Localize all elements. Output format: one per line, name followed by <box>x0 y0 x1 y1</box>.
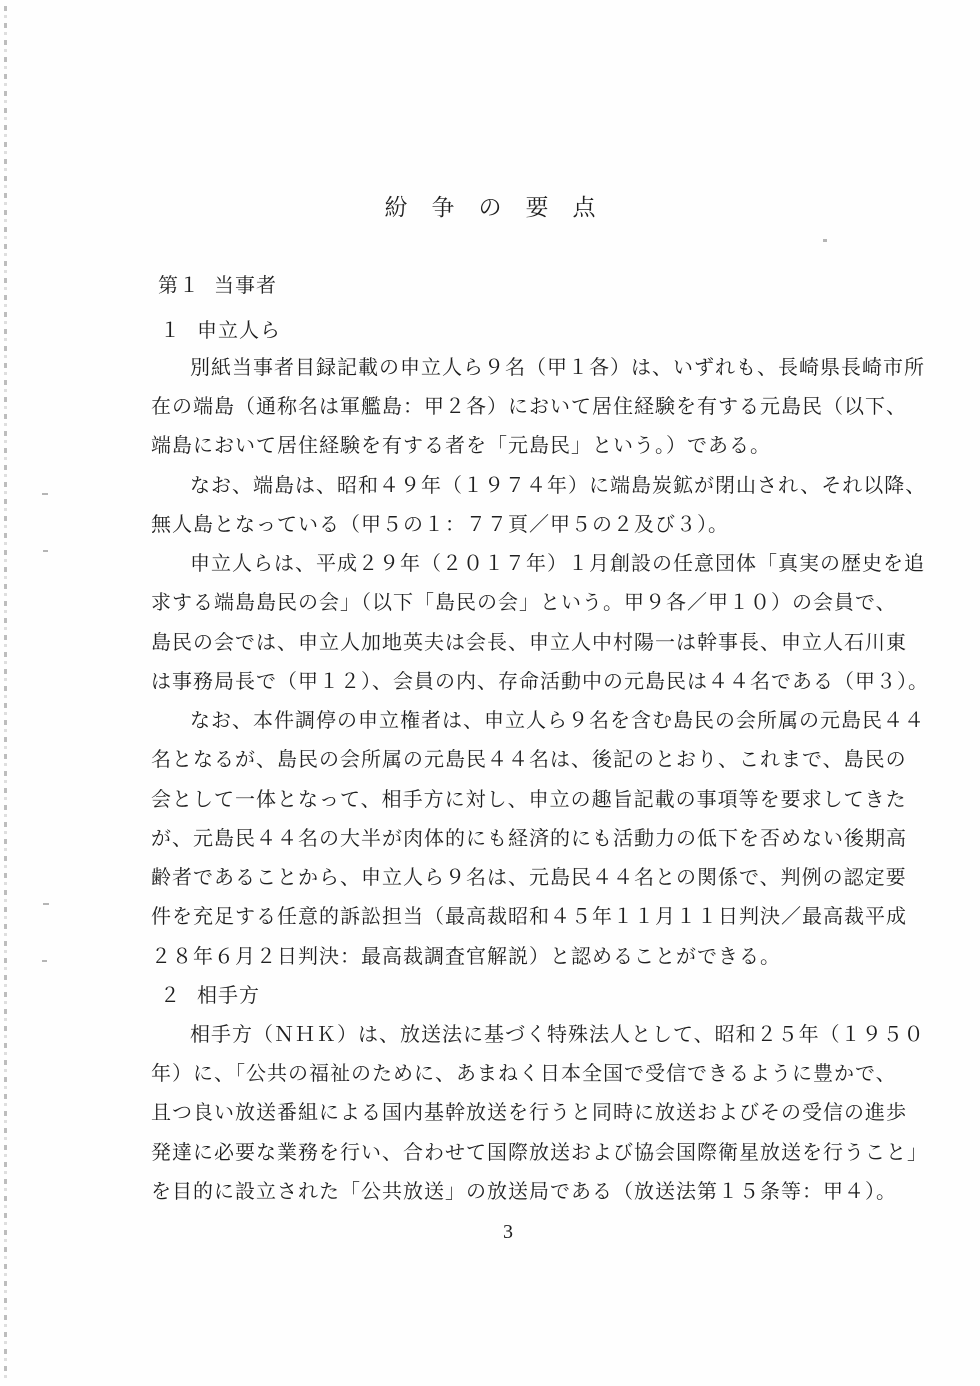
subsection-number: １ <box>160 314 181 343</box>
text-line: 別紙当事者目録記載の申立人ら９名（甲１各）は、いずれも、長崎県長崎市所 <box>151 349 951 388</box>
text-line: 端島において居住経験を有する者を「元島民」という。）である。 <box>151 427 951 466</box>
text-line: 在の端島（通称名は軍艦島：甲２各）において居住経験を有する元島民（以下、 <box>151 388 951 427</box>
text-line: 相手方（ＮＨＫ）は、放送法に基づく特殊法人として、昭和２５年（１９５０ <box>151 1016 951 1055</box>
text-line: が、元島民４４名の大半が肉体的にも経済的にも活動力の低下を否めない後期高 <box>151 820 951 859</box>
text-line: なお、本件調停の申立権者は、申立人ら９名を含む島民の会所属の元島民４４ <box>151 702 951 741</box>
scan-speck <box>42 960 47 962</box>
text-line: 齢者であることから、申立人ら９名は、元島民４４名との関係で、判例の認定要 <box>151 859 951 898</box>
scanned-document-page: 紛争の要点 第１ 当事者 １ 申立人ら 別紙当事者目録記載の申立人ら９名（甲１各… <box>0 0 980 1386</box>
subsection-label: 申立人ら <box>197 314 281 343</box>
section-label: 当事者 <box>214 269 277 298</box>
text-line: 会として一体となって、相手方に対し、申立の趣旨記載の事項等を要求してきた <box>151 781 951 820</box>
text-line: は事務局長で（甲１２）、会員の内、存命活動中の元島民は４４名である（甲３）。 <box>151 663 951 702</box>
page-number: 3 <box>0 1221 980 1244</box>
subsection-heading-moushitatenin: １ 申立人ら <box>160 314 281 343</box>
scan-speck <box>42 493 48 495</box>
text-line: ２８年６月２日判決：最高裁調査官解説）と認めることができる。 <box>151 938 951 977</box>
text-line: 年）に、「公共の福祉のために、あまねく日本全国で受信できるように豊かで、 <box>151 1055 951 1094</box>
section-number: 第１ <box>158 269 200 298</box>
subsection-number: ２ <box>160 977 181 1016</box>
scan-speck <box>43 550 48 552</box>
text-line: を目的に設立された「公共放送」の放送局である（放送法第１５条等：甲４）。 <box>151 1173 951 1212</box>
body-column: 別紙当事者目録記載の申立人ら９名（甲１各）は、いずれも、長崎県長崎市所在の端島（… <box>151 349 951 1212</box>
page-title: 紛争の要点 <box>0 189 980 222</box>
text-line: 無人島となっている（甲５の１：７７頁／甲５の２及び３）。 <box>151 506 951 545</box>
text-line: 件を充足する任意的訴訟担当（最高裁昭和４５年１１月１１日判決／最高裁平成 <box>151 898 951 937</box>
text-line: 名となるが、島民の会所属の元島民４４名は、後記のとおり、これまで、島民の <box>151 741 951 780</box>
scan-speck <box>43 903 49 905</box>
subsection-label: 相手方 <box>197 977 260 1016</box>
text-line: 申立人らは、平成２９年（２０１７年）１月創設の任意団体「真実の歴史を追 <box>151 545 951 584</box>
text-line: 求する端島島民の会」（以下「島民の会」という。甲９各／甲１０）の会員で、 <box>151 584 951 623</box>
text-line: 発達に必要な業務を行い、合わせて国際放送および協会国際衛星放送を行うこと」 <box>151 1134 951 1173</box>
scan-speck <box>823 239 827 242</box>
text-line: 且つ良い放送番組による国内基幹放送を行うと同時に放送およびその受信の進歩 <box>151 1094 951 1133</box>
subsection-heading-aitekata: ２ 相手方 <box>160 977 951 1016</box>
section-heading-toujisha: 第１ 当事者 <box>158 269 277 298</box>
text-line: 島民の会では、申立人加地英夫は会長、申立人中村陽一は幹事長、申立人石川東 <box>151 624 951 663</box>
text-line: なお、端島は、昭和４９年（１９７４年）に端島炭鉱が閉山され、それ以降、 <box>151 467 951 506</box>
